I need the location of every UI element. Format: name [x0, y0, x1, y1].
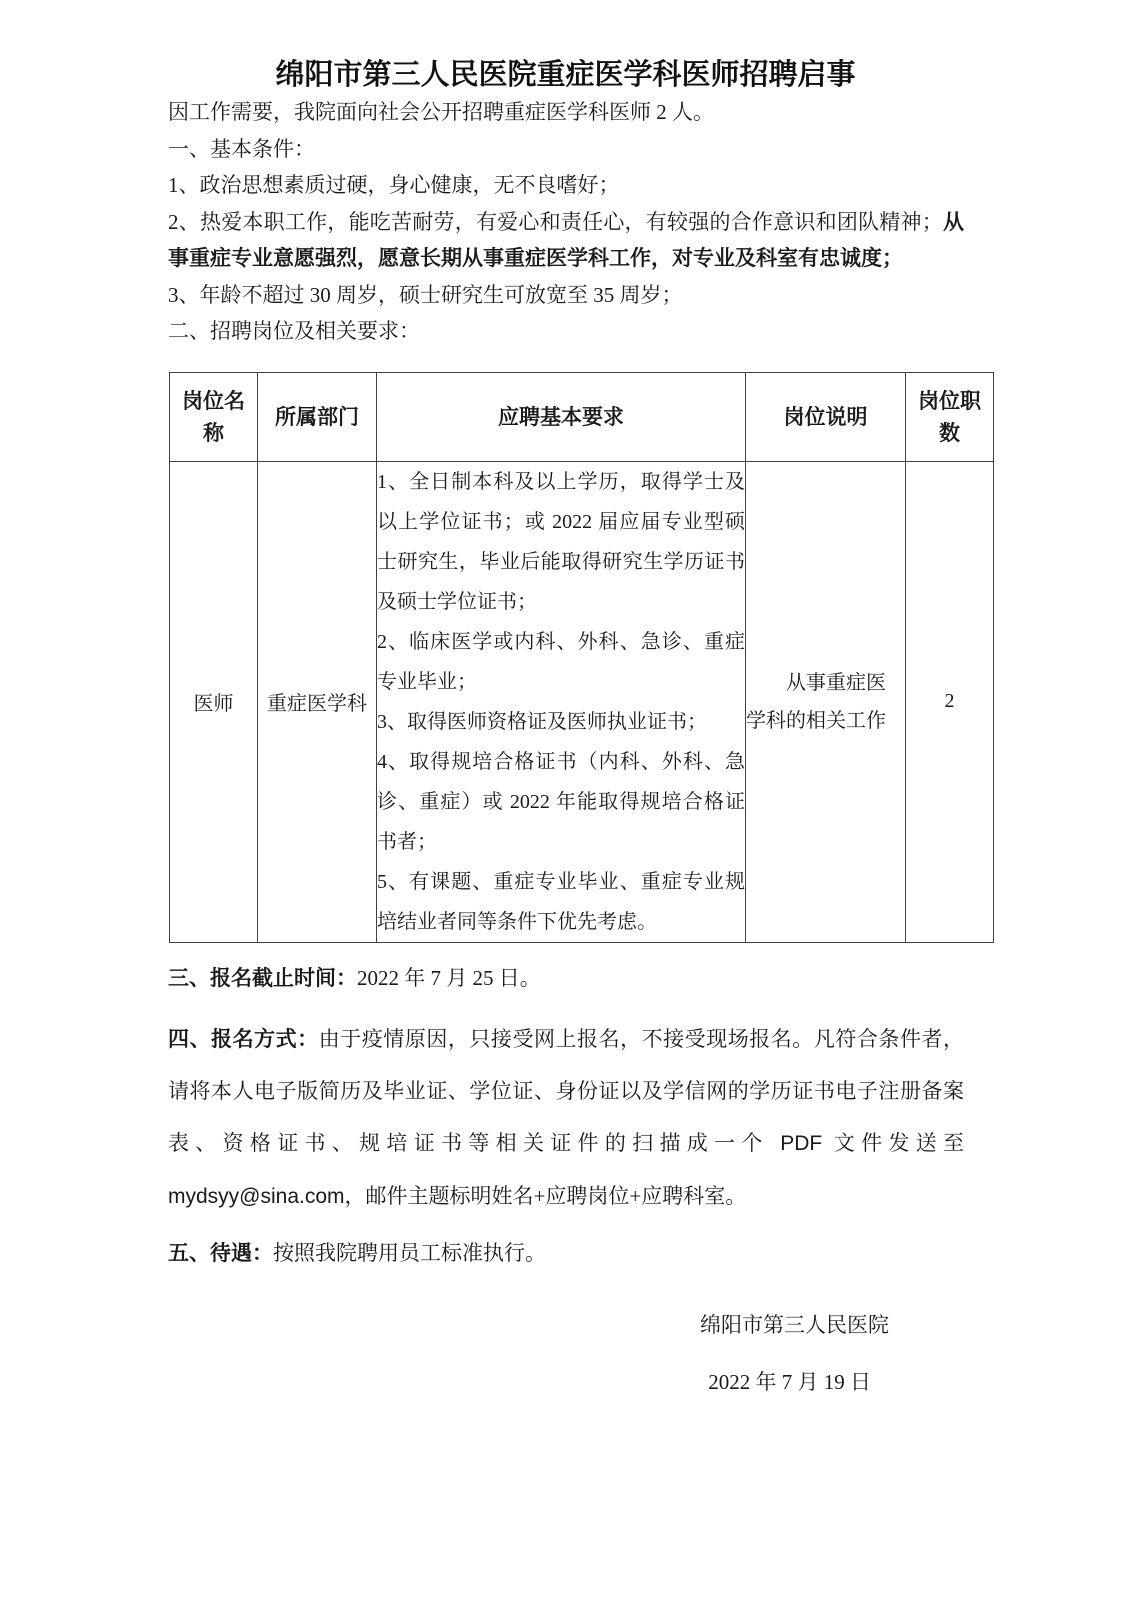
- cell-headcount: 2: [906, 461, 994, 942]
- document-body: 因工作需要，我院面向社会公开招聘重症医学科医师 2 人。 一、基本条件： 1、政…: [168, 94, 964, 1396]
- header-headcount: 岗位职数: [906, 372, 994, 461]
- table-row: 医师 重症医学科 1、全日制本科及以上学历，取得学士及以上学位证书；或 2022…: [170, 461, 994, 942]
- basic-conditions-heading: 一、基本条件：: [168, 131, 964, 168]
- cell-job-description: 从事重症医学科的相关工作: [746, 461, 906, 942]
- basic-condition-item-1: 1、政治思想素质过硬，身心健康，无不良嗜好；: [168, 167, 964, 204]
- signature-line: 绵阳市第三人民医院: [168, 1309, 964, 1339]
- intro-paragraph: 因工作需要，我院面向社会公开招聘重症医学科医师 2 人。: [168, 94, 964, 131]
- basic-condition-item-3: 3、年龄不超过 30 周岁，硕士研究生可放宽至 35 周岁；: [168, 277, 964, 314]
- cell-department: 重症医学科: [258, 461, 377, 942]
- cell-requirements: 1、全日制本科及以上学历，取得学士及以上学位证书；或 2022 届应届专业型硕士…: [377, 461, 746, 942]
- method-text-2: 文件发送至: [822, 1131, 964, 1155]
- positions-heading: 二、招聘岗位及相关要求：: [168, 313, 964, 350]
- section-basic-conditions: 一、基本条件： 1、政治思想素质过硬，身心健康，无不良嗜好； 2、热爱本职工作，…: [168, 131, 964, 350]
- item-2-normal-text: 2、热爱本职工作，能吃苦耐劳，有爱心和责任心，有较强的合作意识和团队精神；: [168, 210, 943, 234]
- requirement-item-2: 2、临床医学或内科、外科、急诊、重症专业毕业；: [377, 622, 745, 702]
- requirement-item-5: 5、有课题、重症专业毕业、重症专业规培结业者同等条件下优先考虑。: [377, 862, 745, 942]
- deadline-paragraph: 三、报名截止时间：2022 年 7 月 25 日。: [168, 960, 964, 996]
- email-address: mydsyy@sina.com: [168, 1185, 345, 1208]
- application-method-paragraph: 四、报名方式：由于疫情原因，只接受网上报名，不接受现场报名。凡符合条件者，请将本…: [168, 1013, 964, 1223]
- deadline-label: 三、报名截止时间：: [168, 966, 357, 990]
- recruitment-table: 岗位名称 所属部门 应聘基本要求 岗位说明 岗位职数 医师 重症医学科 1、全日…: [169, 372, 994, 943]
- basic-condition-item-2: 2、热爱本职工作，能吃苦耐劳，有爱心和责任心，有较强的合作意识和团队精神；从事重…: [168, 204, 964, 277]
- header-position-name: 岗位名称: [170, 372, 258, 461]
- header-department: 所属部门: [258, 372, 377, 461]
- pdf-text: PDF: [780, 1132, 822, 1155]
- header-description: 岗位说明: [746, 372, 906, 461]
- header-requirements: 应聘基本要求: [377, 372, 746, 461]
- requirement-item-1: 1、全日制本科及以上学历，取得学士及以上学位证书；或 2022 届应届专业型硕士…: [377, 462, 745, 622]
- requirement-item-3: 3、取得医师资格证及医师执业证书；: [377, 702, 745, 742]
- table-header-row: 岗位名称 所属部门 应聘基本要求 岗位说明 岗位职数: [170, 372, 994, 461]
- date-line: 2022 年 7 月 19 日: [168, 1366, 964, 1396]
- method-text-3: ，邮件主题标明姓名+应聘岗位+应聘科室。: [345, 1184, 747, 1208]
- treatment-paragraph: 五、待遇：按照我院聘用员工标准执行。: [168, 1235, 964, 1271]
- deadline-text: 2022 年 7 月 25 日。: [357, 966, 541, 990]
- treatment-label: 五、待遇：: [168, 1241, 273, 1265]
- method-label: 四、报名方式：: [168, 1027, 319, 1051]
- cell-position-name: 医师: [170, 461, 258, 942]
- page-title: 绵阳市第三人民医院重症医学科医师招聘启事: [0, 0, 1131, 94]
- requirement-item-4: 4、取得规培合格证书（内科、外科、急诊、重症）或 2022 年能取得规培合格证书…: [377, 742, 745, 862]
- treatment-text: 按照我院聘用员工标准执行。: [273, 1241, 546, 1265]
